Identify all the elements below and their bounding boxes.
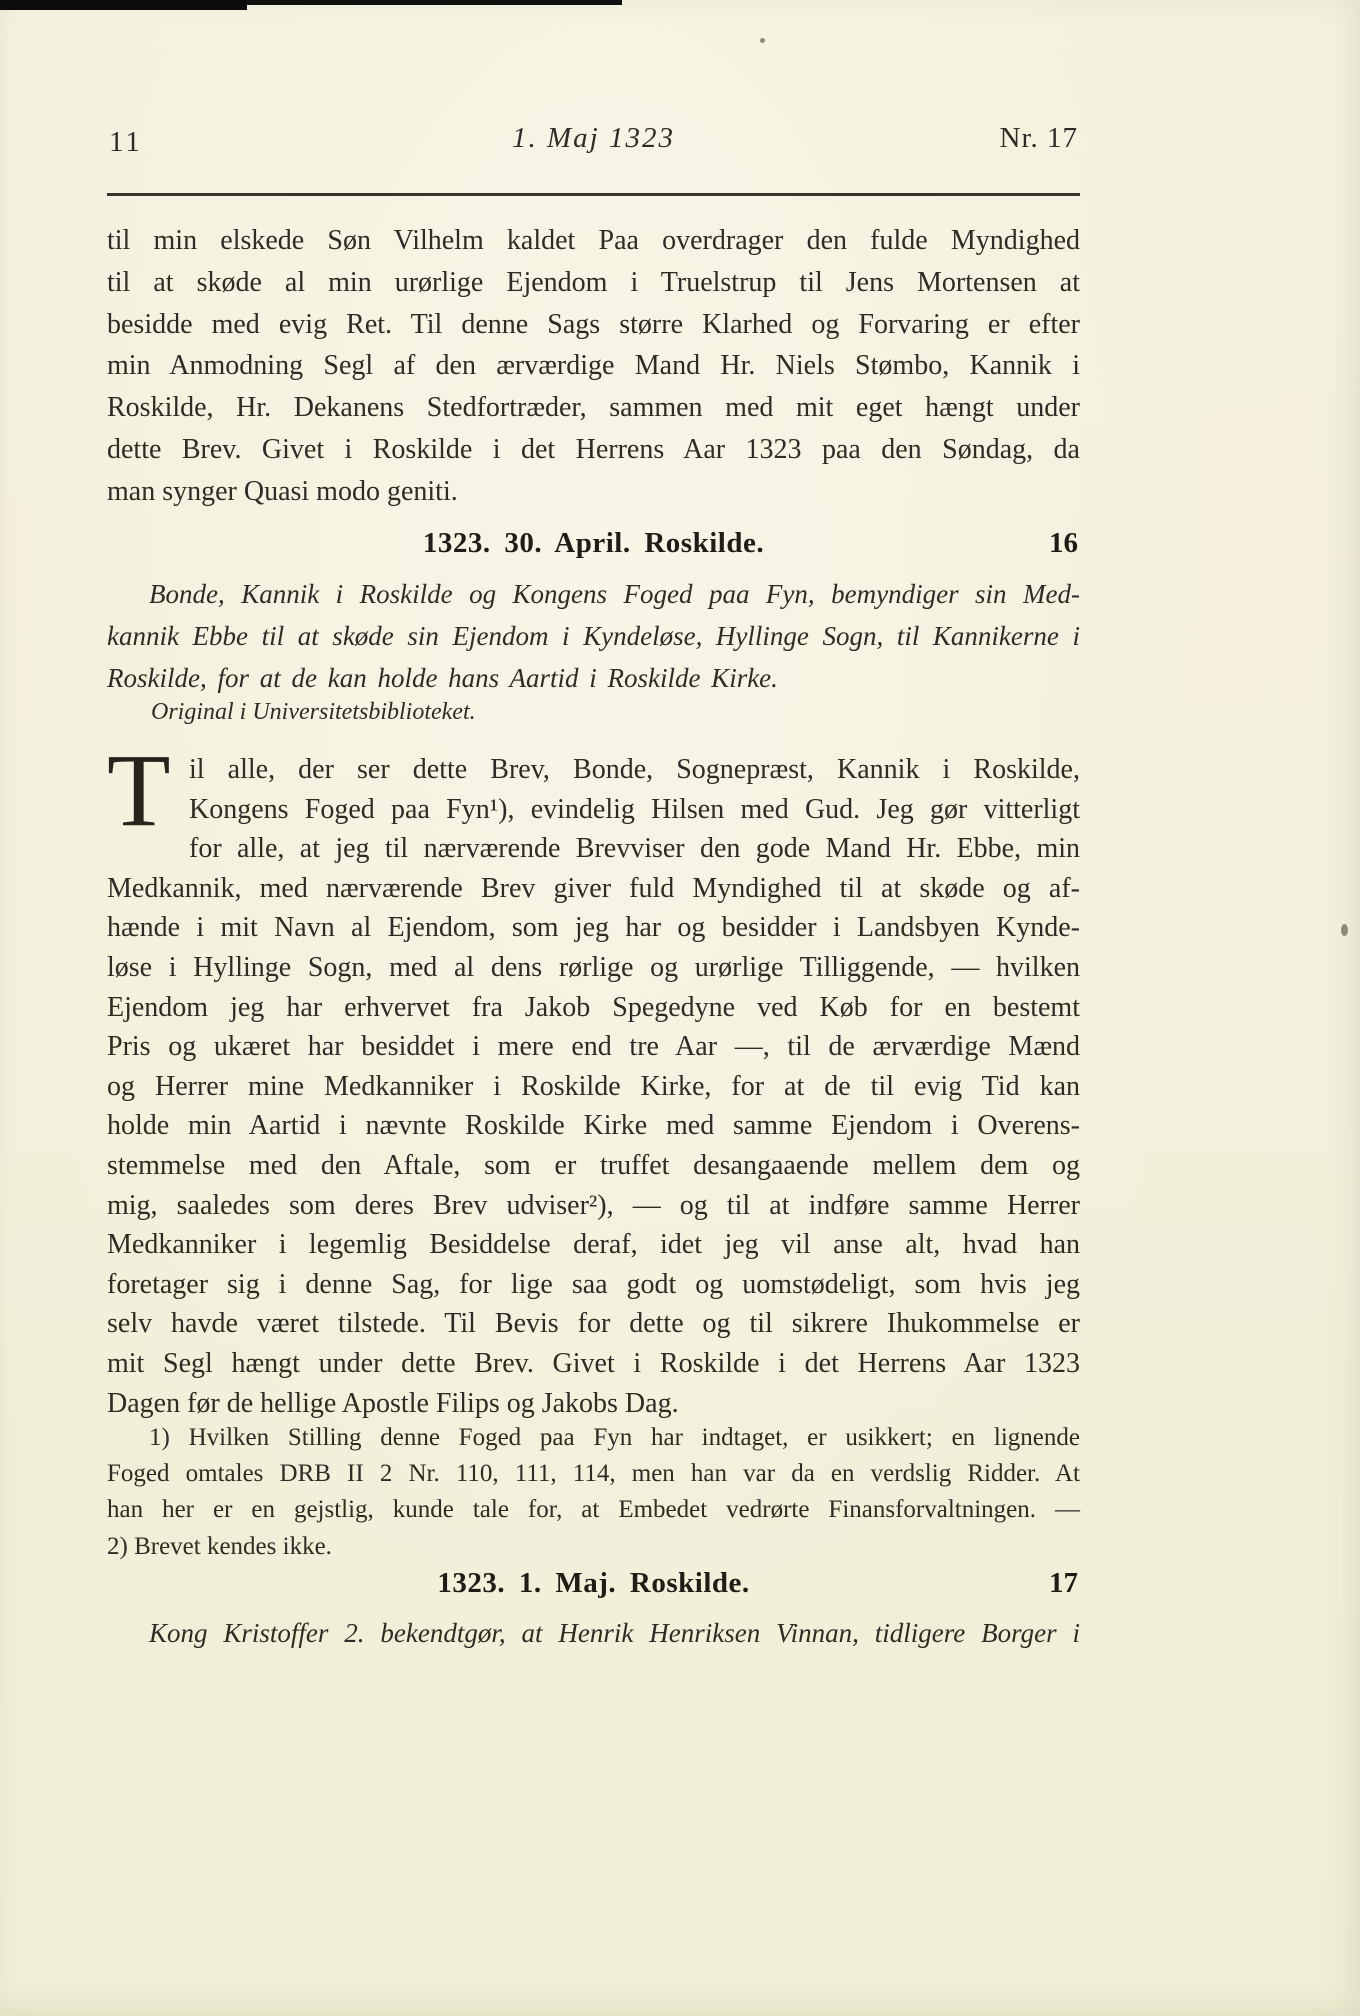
text-line: min Anmodning Segl af den ærværdige Mand… xyxy=(107,345,1080,387)
text-line: il alle, der ser dette Brev, Bonde, Sogn… xyxy=(107,750,1080,790)
text-line: besidde med evig Ret. Til denne Sags stø… xyxy=(107,304,1080,346)
continuation-paragraph: til min elskede Søn Vilhelm kaldet Paa o… xyxy=(107,220,1080,513)
text-line: til min elskede Søn Vilhelm kaldet Paa o… xyxy=(107,220,1080,262)
running-title: 1. Maj 1323 xyxy=(107,122,1080,155)
footnote-line: han her er en gejstlig, kunde tale for, … xyxy=(107,1492,1080,1528)
entry-17-summary: Kong Kristoffer 2. bekendtgør, at Henrik… xyxy=(107,1612,1080,1654)
text-line: selv havde været tilstede. Til Bevis for… xyxy=(107,1304,1080,1344)
entry-16-body: T il alle, der ser dette Brev, Bonde, So… xyxy=(107,750,1080,1423)
summary-line: kannik Ebbe til at skøde sin Ejendom i K… xyxy=(107,615,1080,657)
header-rule xyxy=(107,193,1080,196)
footnote-line: Foged omtales DRB II 2 Nr. 110, 111, 114… xyxy=(107,1456,1080,1492)
text-line: Pris og ukæret har besiddet i mere end t… xyxy=(107,1027,1080,1067)
footnotes: 1) Hvilken Stilling denne Foged paa Fyn … xyxy=(107,1420,1080,1565)
text-line: Medkanniker i legemlig Besiddelse deraf,… xyxy=(107,1225,1080,1265)
text-line: mit Segl hængt under dette Brev. Givet i… xyxy=(107,1344,1080,1384)
text-line: foretager sig i denne Sag, for lige saa … xyxy=(107,1265,1080,1305)
page-header: 11 1. Maj 1323 Nr. 17 xyxy=(107,122,1080,162)
drop-cap: T xyxy=(107,752,189,830)
text-line: Ejendom jeg har erhvervet fra Jakob Speg… xyxy=(107,988,1080,1028)
entry-16-summary: Bonde, Kannik i Roskilde og Kongens Foge… xyxy=(107,573,1080,699)
summary-line: Roskilde, for at de kan holde hans Aarti… xyxy=(107,657,1080,699)
text-line: dette Brev. Givet i Roskilde i det Herre… xyxy=(107,429,1080,471)
text-line: Dagen før de hellige Apostle Filips og J… xyxy=(107,1384,1080,1424)
scan-speck xyxy=(760,38,765,43)
header-entry-number: Nr. 17 xyxy=(1000,122,1079,155)
text-line: Roskilde, Hr. Dekanens Stedfortræder, sa… xyxy=(107,387,1080,429)
text-line: Kongens Foged paa Fyn¹), evindelig Hilse… xyxy=(107,790,1080,830)
source-note: Original i Universitetsbiblioteket. xyxy=(107,699,1124,726)
text-line: løse i Hyllinge Sogn, med al dens rørlig… xyxy=(107,948,1080,988)
entry-number: 17 xyxy=(1049,1567,1078,1600)
text-line: for alle, at jeg til nærværende Brevvise… xyxy=(107,829,1080,869)
scan-edge-artifact xyxy=(0,0,247,10)
text-line: man synger Quasi modo geniti. xyxy=(107,471,1080,513)
footnote-line: 2) Brevet kendes ikke. xyxy=(107,1529,1080,1565)
text-line: holde min Aartid i nævnte Roskilde Kirke… xyxy=(107,1106,1080,1146)
footnote-line: 1) Hvilken Stilling denne Foged paa Fyn … xyxy=(107,1420,1080,1456)
summary-line: Bonde, Kannik i Roskilde og Kongens Foge… xyxy=(107,573,1080,615)
text-line: Medkannik, med nærværende Brev giver ful… xyxy=(107,869,1080,909)
scanned-book-page: 11 1. Maj 1323 Nr. 17 til min elskede Sø… xyxy=(0,0,1360,2016)
text-line: til at skøde al min urørlige Ejendom i T… xyxy=(107,262,1080,304)
entry-16-heading: 1323. 30. April. Roskilde. 16 xyxy=(107,527,1080,567)
text-line: mig, saaledes som deres Brev udviser²), … xyxy=(107,1186,1080,1226)
text-line: stemmelse med den Aftale, som er truffet… xyxy=(107,1146,1080,1186)
text-line: hænde i mit Navn al Ejendom, som jeg har… xyxy=(107,908,1080,948)
entry-number: 16 xyxy=(1049,527,1078,560)
text-line: og Herrer mine Medkanniker i Roskilde Ki… xyxy=(107,1067,1080,1107)
entry-17-heading: 1323. 1. Maj. Roskilde. 17 xyxy=(107,1567,1080,1607)
entry-heading-text: 1323. 1. Maj. Roskilde. xyxy=(107,1567,1080,1600)
scan-speck xyxy=(1341,924,1348,936)
summary-line: Kong Kristoffer 2. bekendtgør, at Henrik… xyxy=(107,1612,1080,1654)
entry-heading-text: 1323. 30. April. Roskilde. xyxy=(107,527,1080,560)
